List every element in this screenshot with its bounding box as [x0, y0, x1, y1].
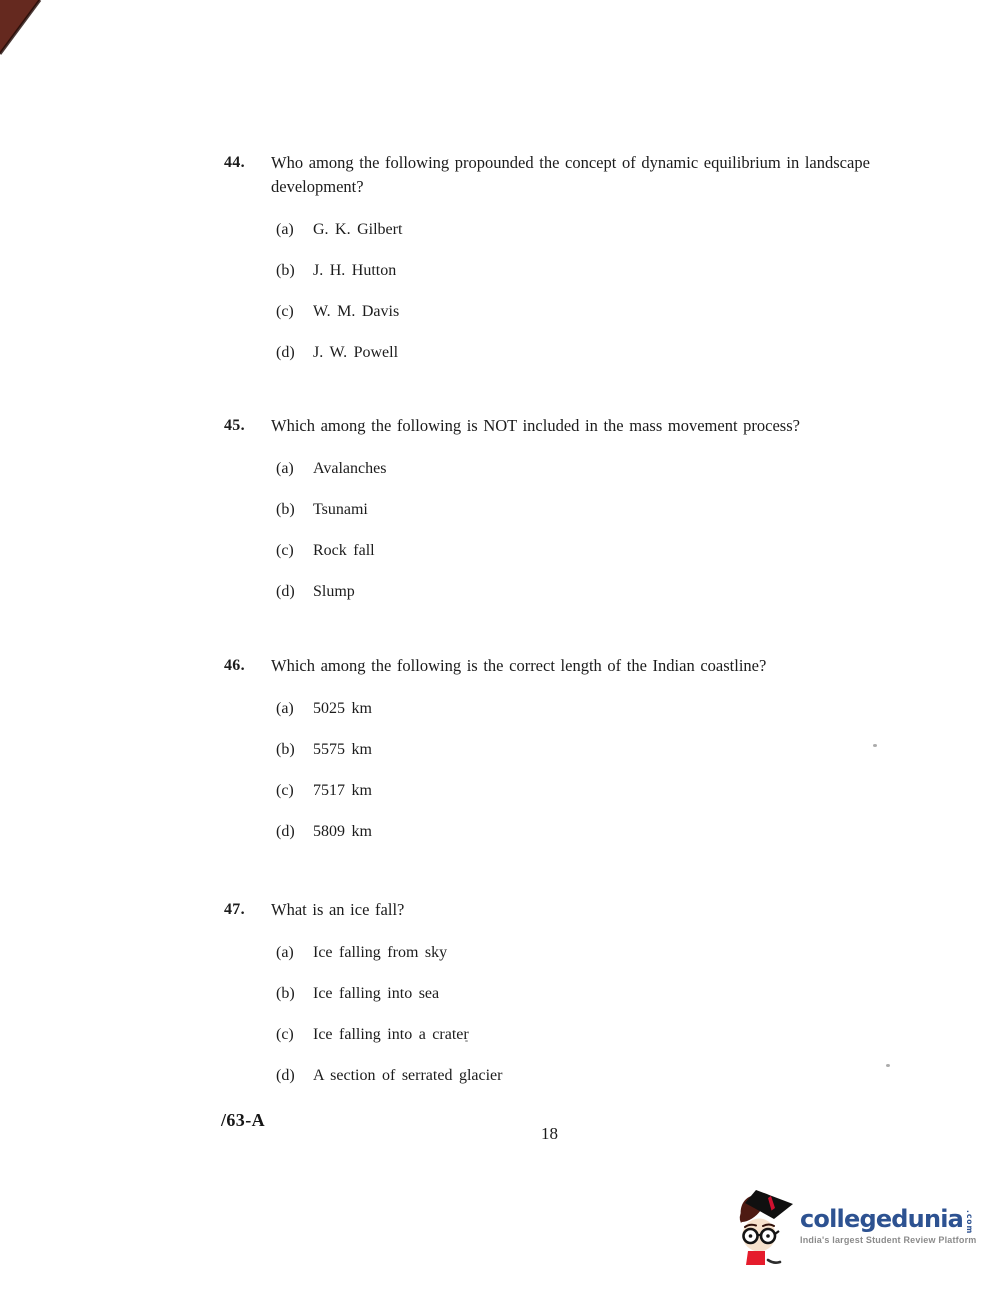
booklet-code: /63-A [221, 1110, 265, 1131]
option-label: (c) [276, 301, 313, 322]
option-row-c: (c) 7517 km [276, 780, 904, 801]
option-row-a: (a) Ice falling from sky [276, 942, 904, 963]
option-label: (a) [276, 942, 313, 963]
option-label: (c) [276, 540, 313, 561]
question-head: 44. Who among the following propounded t… [224, 151, 904, 199]
option-row-c: (c) Rock fall [276, 540, 904, 561]
question-number: 44. [224, 151, 271, 199]
option-text: 5575 km [313, 739, 904, 760]
option-row-d: (d) A section of serrated glacier [276, 1065, 904, 1086]
option-row-d: (d) Slump [276, 581, 904, 602]
option-label: (b) [276, 739, 313, 760]
question-text: What is an ice fall? [271, 898, 891, 922]
option-text: W. M. Davis [313, 301, 904, 322]
scan-speck [873, 744, 877, 747]
option-text: 5809 km [313, 821, 904, 842]
option-label: (a) [276, 458, 313, 479]
option-label: (b) [276, 983, 313, 1004]
question-number: 45. [224, 414, 271, 438]
option-text: Ice falling into a crater [313, 1024, 904, 1045]
logo-brand-text: collegedunia [800, 1206, 963, 1232]
option-row-c: (c) Ice falling into a crater [276, 1024, 904, 1045]
collegedunia-mascot-icon [734, 1190, 798, 1266]
question-number: 47. [224, 898, 271, 922]
scan-speck [465, 1040, 468, 1042]
option-text: J. H. Hutton [313, 260, 904, 281]
option-label: (d) [276, 1065, 313, 1086]
question-head: 47. What is an ice fall? [224, 898, 904, 922]
option-text: G. K. Gilbert [313, 219, 904, 240]
page-corner-fold [0, 0, 44, 60]
option-row-c: (c) W. M. Davis [276, 301, 904, 322]
option-row-a: (a) G. K. Gilbert [276, 219, 904, 240]
option-text: 5025 km [313, 698, 904, 719]
option-row-b: (b) Ice falling into sea [276, 983, 904, 1004]
option-label: (a) [276, 219, 313, 240]
collegedunia-logo: collegedunia .com India's largest Studen… [734, 1190, 990, 1272]
option-label: (d) [276, 581, 313, 602]
logo-tld-text: .com [965, 1210, 974, 1232]
scan-speck [886, 1064, 890, 1067]
option-text: Rock fall [313, 540, 904, 561]
option-text: Ice falling from sky [313, 942, 904, 963]
option-label: (d) [276, 342, 313, 363]
logo-tagline-text: India's largest Student Review Platform [800, 1235, 976, 1245]
question-47: 47. What is an ice fall? (a) Ice falling… [224, 898, 904, 1086]
option-label: (c) [276, 1024, 313, 1045]
option-text: A section of serrated glacier [313, 1065, 904, 1086]
question-text: Which among the following is NOT include… [271, 414, 891, 438]
option-row-d: (d) J. W. Powell [276, 342, 904, 363]
option-label: (c) [276, 780, 313, 801]
option-label: (d) [276, 821, 313, 842]
option-label: (a) [276, 698, 313, 719]
option-text: Avalanches [313, 458, 904, 479]
option-text: J. W. Powell [313, 342, 904, 363]
question-44: 44. Who among the following propounded t… [224, 151, 904, 363]
option-text: Tsunami [313, 499, 904, 520]
option-row-a: (a) Avalanches [276, 458, 904, 479]
option-row-b: (b) 5575 km [276, 739, 904, 760]
question-head: 46. Which among the following is the cor… [224, 654, 904, 678]
page-number: 18 [541, 1124, 558, 1144]
question-46: 46. Which among the following is the cor… [224, 654, 904, 842]
option-text: Slump [313, 581, 904, 602]
option-row-b: (b) Tsunami [276, 499, 904, 520]
option-row-a: (a) 5025 km [276, 698, 904, 719]
option-text: Ice falling into sea [313, 983, 904, 1004]
option-text: 7517 km [313, 780, 904, 801]
option-row-d: (d) 5809 km [276, 821, 904, 842]
question-45: 45. Which among the following is NOT inc… [224, 414, 904, 602]
question-text: Which among the following is the correct… [271, 654, 891, 678]
exam-paper-page: 44. Who among the following propounded t… [0, 0, 993, 1303]
option-row-b: (b) J. H. Hutton [276, 260, 904, 281]
logo-text-block: collegedunia .com India's largest Studen… [800, 1206, 976, 1245]
question-number: 46. [224, 654, 271, 678]
question-text: Who among the following propounded the c… [271, 151, 891, 199]
option-label: (b) [276, 260, 313, 281]
option-label: (b) [276, 499, 313, 520]
question-head: 45. Which among the following is NOT inc… [224, 414, 904, 438]
